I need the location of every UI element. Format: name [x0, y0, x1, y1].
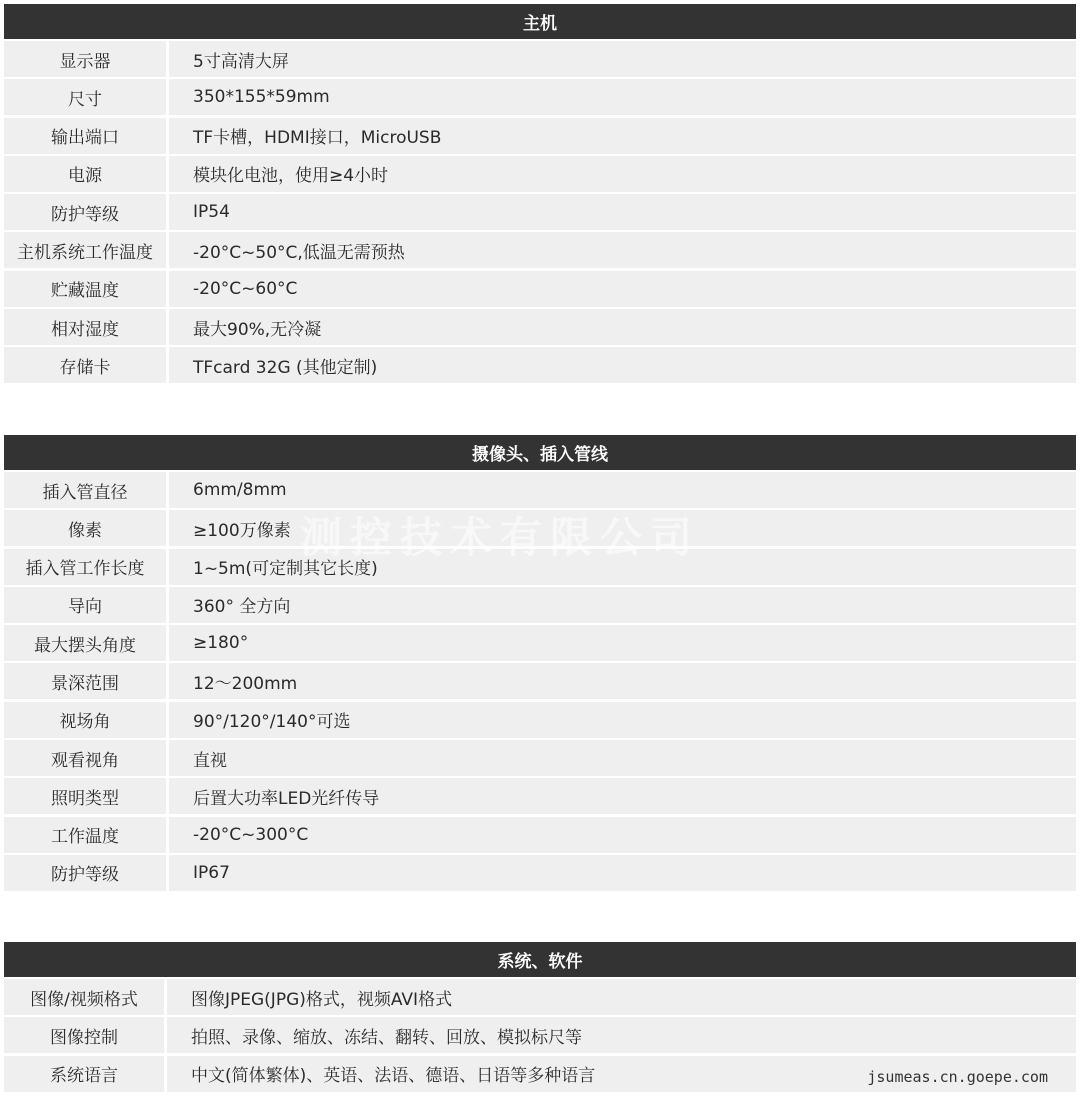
spec-label: 图像控制 — [4, 1017, 164, 1053]
spec-value: 6mm/8mm — [169, 472, 1076, 508]
table-row: 输出端口TF卡槽，HDMI接口，MicroUSB — [4, 118, 1076, 154]
spec-value: ≥100万像素 — [169, 510, 1076, 546]
table-row: 插入管工作长度1~5m(可定制其它长度) — [4, 549, 1076, 585]
spec-value: TFcard 32G (其他定制) — [169, 347, 1076, 383]
table-row: 导向360° 全方向 — [4, 587, 1076, 623]
spec-value: -20°C~50°C,低温无需预热 — [169, 232, 1076, 268]
table-row: 贮藏温度-20°C~60°C — [4, 271, 1076, 307]
table-row: 视场角90°/120°/140°可选 — [4, 702, 1076, 738]
table-row: 尺寸350*155*59mm — [4, 79, 1076, 115]
table-row: 照明类型后置大功率LED光纤传导 — [4, 778, 1076, 814]
spec-label: 导向 — [4, 587, 166, 623]
spec-value: 拍照、录像、缩放、冻结、翻转、回放、模拟标尺等 — [167, 1017, 1076, 1053]
spec-value: 350*155*59mm — [169, 79, 1076, 115]
table-row: 景深范围12～200mm — [4, 663, 1076, 699]
spec-label: 像素 — [4, 510, 166, 546]
table-row: 观看视角直视 — [4, 740, 1076, 776]
spec-value: -20°C~60°C — [169, 271, 1076, 307]
spec-value: 12～200mm — [169, 663, 1076, 699]
spec-label: 照明类型 — [4, 778, 166, 814]
spec-label: 输出端口 — [4, 118, 166, 154]
spec-label: 景深范围 — [4, 663, 166, 699]
spec-value: 90°/120°/140°可选 — [169, 702, 1076, 738]
spec-value: IP67 — [169, 855, 1076, 891]
section-header-host: 主机 — [4, 4, 1076, 39]
spec-label: 最大摆头角度 — [4, 625, 166, 661]
table-row: 显示器5寸高清大屏 — [4, 41, 1076, 77]
spec-table-camera: 摄像头、插入管线 插入管直径6mm/8mm 像素≥100万像素 插入管工作长度1… — [4, 435, 1076, 893]
table-row: 主机系统工作温度-20°C~50°C,低温无需预热 — [4, 232, 1076, 268]
spec-value: TF卡槽，HDMI接口，MicroUSB — [169, 118, 1076, 154]
spec-value: -20°C~300°C — [169, 817, 1076, 853]
table-row: 最大摆头角度≥180° — [4, 625, 1076, 661]
spec-label: 观看视角 — [4, 740, 166, 776]
spec-label: 防护等级 — [4, 194, 166, 230]
spec-label: 插入管工作长度 — [4, 549, 166, 585]
table-row: 图像控制拍照、录像、缩放、冻结、翻转、回放、模拟标尺等 — [4, 1017, 1076, 1053]
table-row: 插入管直径6mm/8mm — [4, 472, 1076, 508]
spec-value: 模块化电池，使用≥4小时 — [169, 156, 1076, 192]
table-row: 电源模块化电池，使用≥4小时 — [4, 156, 1076, 192]
table-row: 像素≥100万像素 — [4, 510, 1076, 546]
spec-label: 插入管直径 — [4, 472, 166, 508]
spec-label: 主机系统工作温度 — [4, 232, 166, 268]
spec-value: 图像JPEG(JPG)格式，视频AVI格式 — [167, 979, 1076, 1015]
spec-label: 电源 — [4, 156, 166, 192]
spec-label: 视场角 — [4, 702, 166, 738]
spec-label: 尺寸 — [4, 79, 166, 115]
spec-table-host: 主机 显示器5寸高清大屏 尺寸350*155*59mm 输出端口TF卡槽，HDM… — [4, 4, 1076, 386]
table-row: 防护等级IP54 — [4, 194, 1076, 230]
section-header-software: 系统、软件 — [4, 942, 1076, 977]
spec-label: 相对湿度 — [4, 309, 166, 345]
spec-value: 1~5m(可定制其它长度) — [169, 549, 1076, 585]
spec-value: 5寸高清大屏 — [169, 41, 1076, 77]
table-row: 存储卡TFcard 32G (其他定制) — [4, 347, 1076, 383]
table-row: 图像/视频格式图像JPEG(JPG)格式，视频AVI格式 — [4, 979, 1076, 1015]
spec-value: 后置大功率LED光纤传导 — [169, 778, 1076, 814]
spec-value: 360° 全方向 — [169, 587, 1076, 623]
spec-value: ≥180° — [169, 625, 1076, 661]
spec-label: 系统语言 — [4, 1056, 164, 1092]
section-header-camera: 摄像头、插入管线 — [4, 435, 1076, 470]
spec-value: 直视 — [169, 740, 1076, 776]
spec-value: IP54 — [169, 194, 1076, 230]
spec-label: 贮藏温度 — [4, 271, 166, 307]
spec-value: 最大90%,无冷凝 — [169, 309, 1076, 345]
spec-label: 显示器 — [4, 41, 166, 77]
spec-label: 存储卡 — [4, 347, 166, 383]
spec-label: 防护等级 — [4, 855, 166, 891]
spec-label: 工作温度 — [4, 817, 166, 853]
table-row: 相对湿度最大90%,无冷凝 — [4, 309, 1076, 345]
spec-label: 图像/视频格式 — [4, 979, 164, 1015]
table-row: 防护等级IP67 — [4, 855, 1076, 891]
site-watermark: jsumeas.cn.goepe.com — [867, 1068, 1048, 1086]
table-row: 工作温度-20°C~300°C — [4, 817, 1076, 853]
